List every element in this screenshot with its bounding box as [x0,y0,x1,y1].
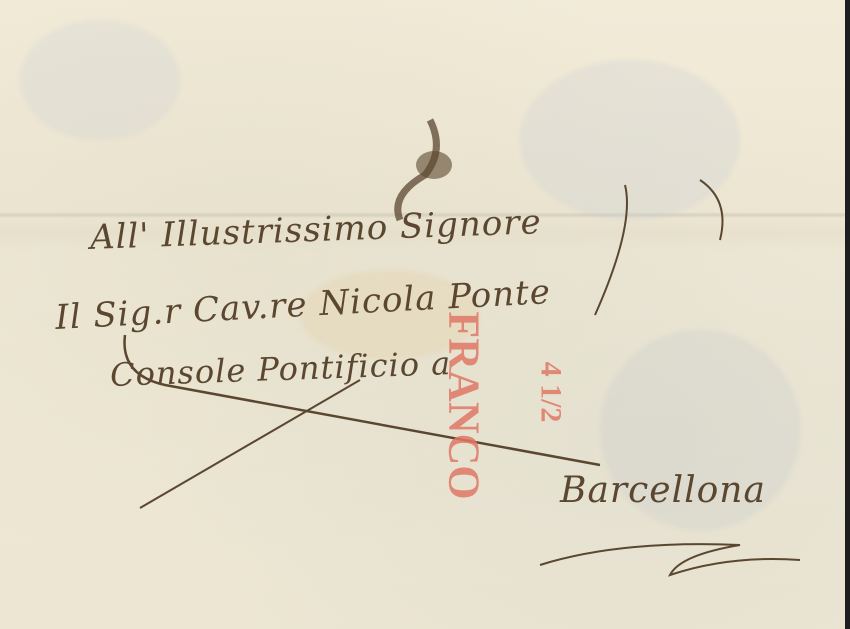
letter-paper: All' Illustrissimo Signore Il Sig.r Cav.… [0,0,845,629]
destination-city: Barcellona [560,470,766,511]
rate-handstamp: 4 1/2 [533,362,567,423]
franco-handstamp: FRANCO [439,311,490,499]
scan-edge [845,0,850,629]
